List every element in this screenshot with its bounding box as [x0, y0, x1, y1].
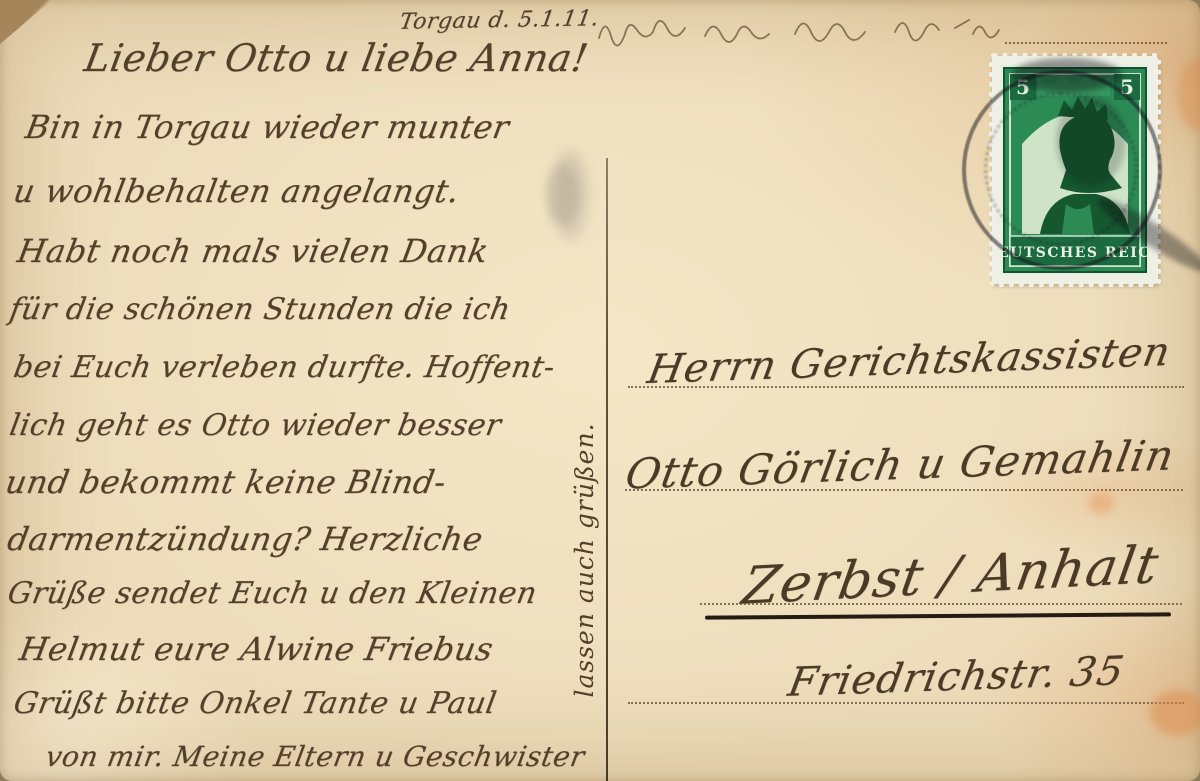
message-line: darmentzündung? Herzliche — [5, 520, 486, 558]
postcard-scan: Torgau d. 5.1.11. Lieber Otto u liebe An… — [0, 0, 1200, 781]
address-rule — [628, 386, 1184, 388]
rust-stain — [1088, 492, 1114, 514]
postmark-smudge — [1056, 96, 1126, 186]
message-line: Grüße sendet Euch u den Kleinen — [5, 576, 540, 611]
message-line: Bin in Torgau wieder munter — [23, 108, 513, 146]
rust-stain — [1178, 60, 1200, 130]
address-rule-top — [1005, 42, 1167, 44]
message-line: Habt noch mals vielen Dank — [15, 232, 492, 270]
worn-corner — [0, 0, 52, 44]
salutation: Lieber Otto u liebe Anna! — [81, 36, 591, 80]
smudge — [545, 165, 579, 225]
postmark-smudge — [1012, 58, 1122, 92]
address-line-recipient-title: Herrn Gerichtskassisten — [644, 329, 1174, 393]
address-rule — [625, 489, 1183, 491]
address-line-street: Friedrichstr. 35 — [785, 648, 1128, 706]
message-line: u wohlbehalten angelangt. — [11, 172, 463, 210]
address-rule — [628, 702, 1184, 704]
vertical-note: lassen auch grüßen. — [570, 340, 600, 780]
rust-stain — [1150, 690, 1200, 736]
pencil-annotation — [595, 8, 1015, 58]
message-line: Helmut eure Alwine Friebus — [17, 630, 497, 668]
message-line: lich geht es Otto wieder besser — [7, 408, 504, 443]
address-rule — [700, 603, 1182, 605]
date-line: Torgau d. 5.1.11. — [398, 6, 601, 34]
address-divider-line — [606, 158, 608, 781]
message-line: von mir. Meine Eltern u Geschwister — [43, 740, 587, 773]
postage-stamp: 5 5 DEUTSCHES REICH — [992, 56, 1158, 284]
message-line: Grüßt bitte Onkel Tante u Paul — [11, 686, 499, 721]
message-line: und bekommt keine Blind- — [3, 463, 450, 501]
message-line: für die schönen Stunden die ich — [7, 292, 513, 327]
message-line: bei Euch verleben durfte. Hoffent- — [11, 350, 558, 385]
